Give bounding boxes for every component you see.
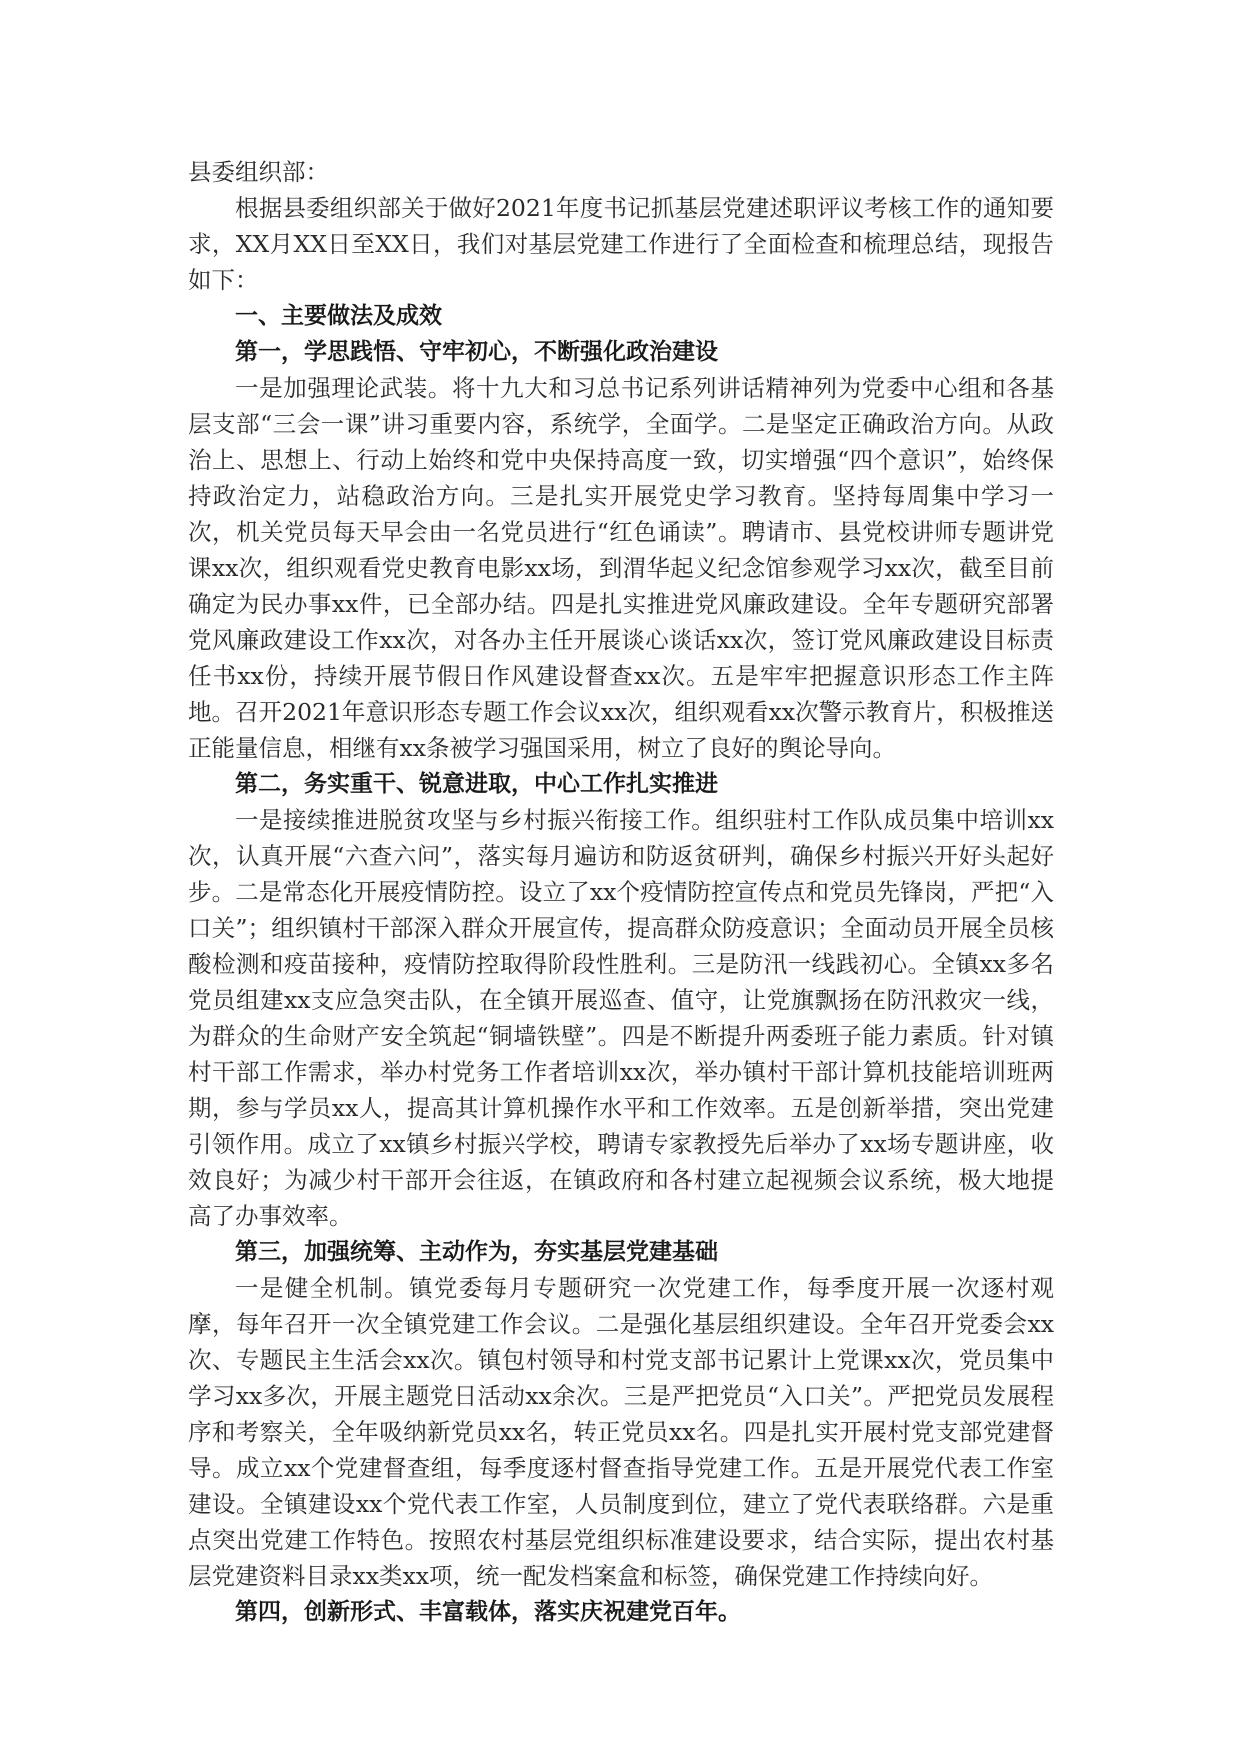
part-4-title: 第四，创新形式、丰富载体，落实庆祝建党百年。	[188, 1594, 1054, 1630]
part-2-body: 一是接续推进脱贫攻坚与乡村振兴衔接工作。组织驻村工作队成员集中培训xx次，认真开…	[188, 802, 1054, 1234]
part-3-title: 第三，加强统筹、主动作为，夯实基层党建基础	[188, 1234, 1054, 1270]
part-2-title: 第二，务实重干、锐意进取，中心工作扎实推进	[188, 766, 1054, 802]
intro-paragraph: 根据县委组织部关于做好2021年度书记抓基层党建述职评议考核工作的通知要求，XX…	[188, 190, 1054, 298]
part-3-body: 一是健全机制。镇党委每月专题研究一次党建工作，每季度开展一次逐村观摩，每年召开一…	[188, 1270, 1054, 1594]
salutation: 县委组织部：	[188, 154, 1054, 190]
part-1-body: 一是加强理论武装。将十九大和习总书记系列讲话精神列为党委中心组和各基层支部“三会…	[188, 370, 1054, 766]
section-1-title: 一、主要做法及成效	[188, 298, 1054, 334]
part-1-title: 第一，学思践悟、守牢初心，不断强化政治建设	[188, 334, 1054, 370]
document-page: 县委组织部： 根据县委组织部关于做好2021年度书记抓基层党建述职评议考核工作的…	[188, 154, 1054, 1630]
